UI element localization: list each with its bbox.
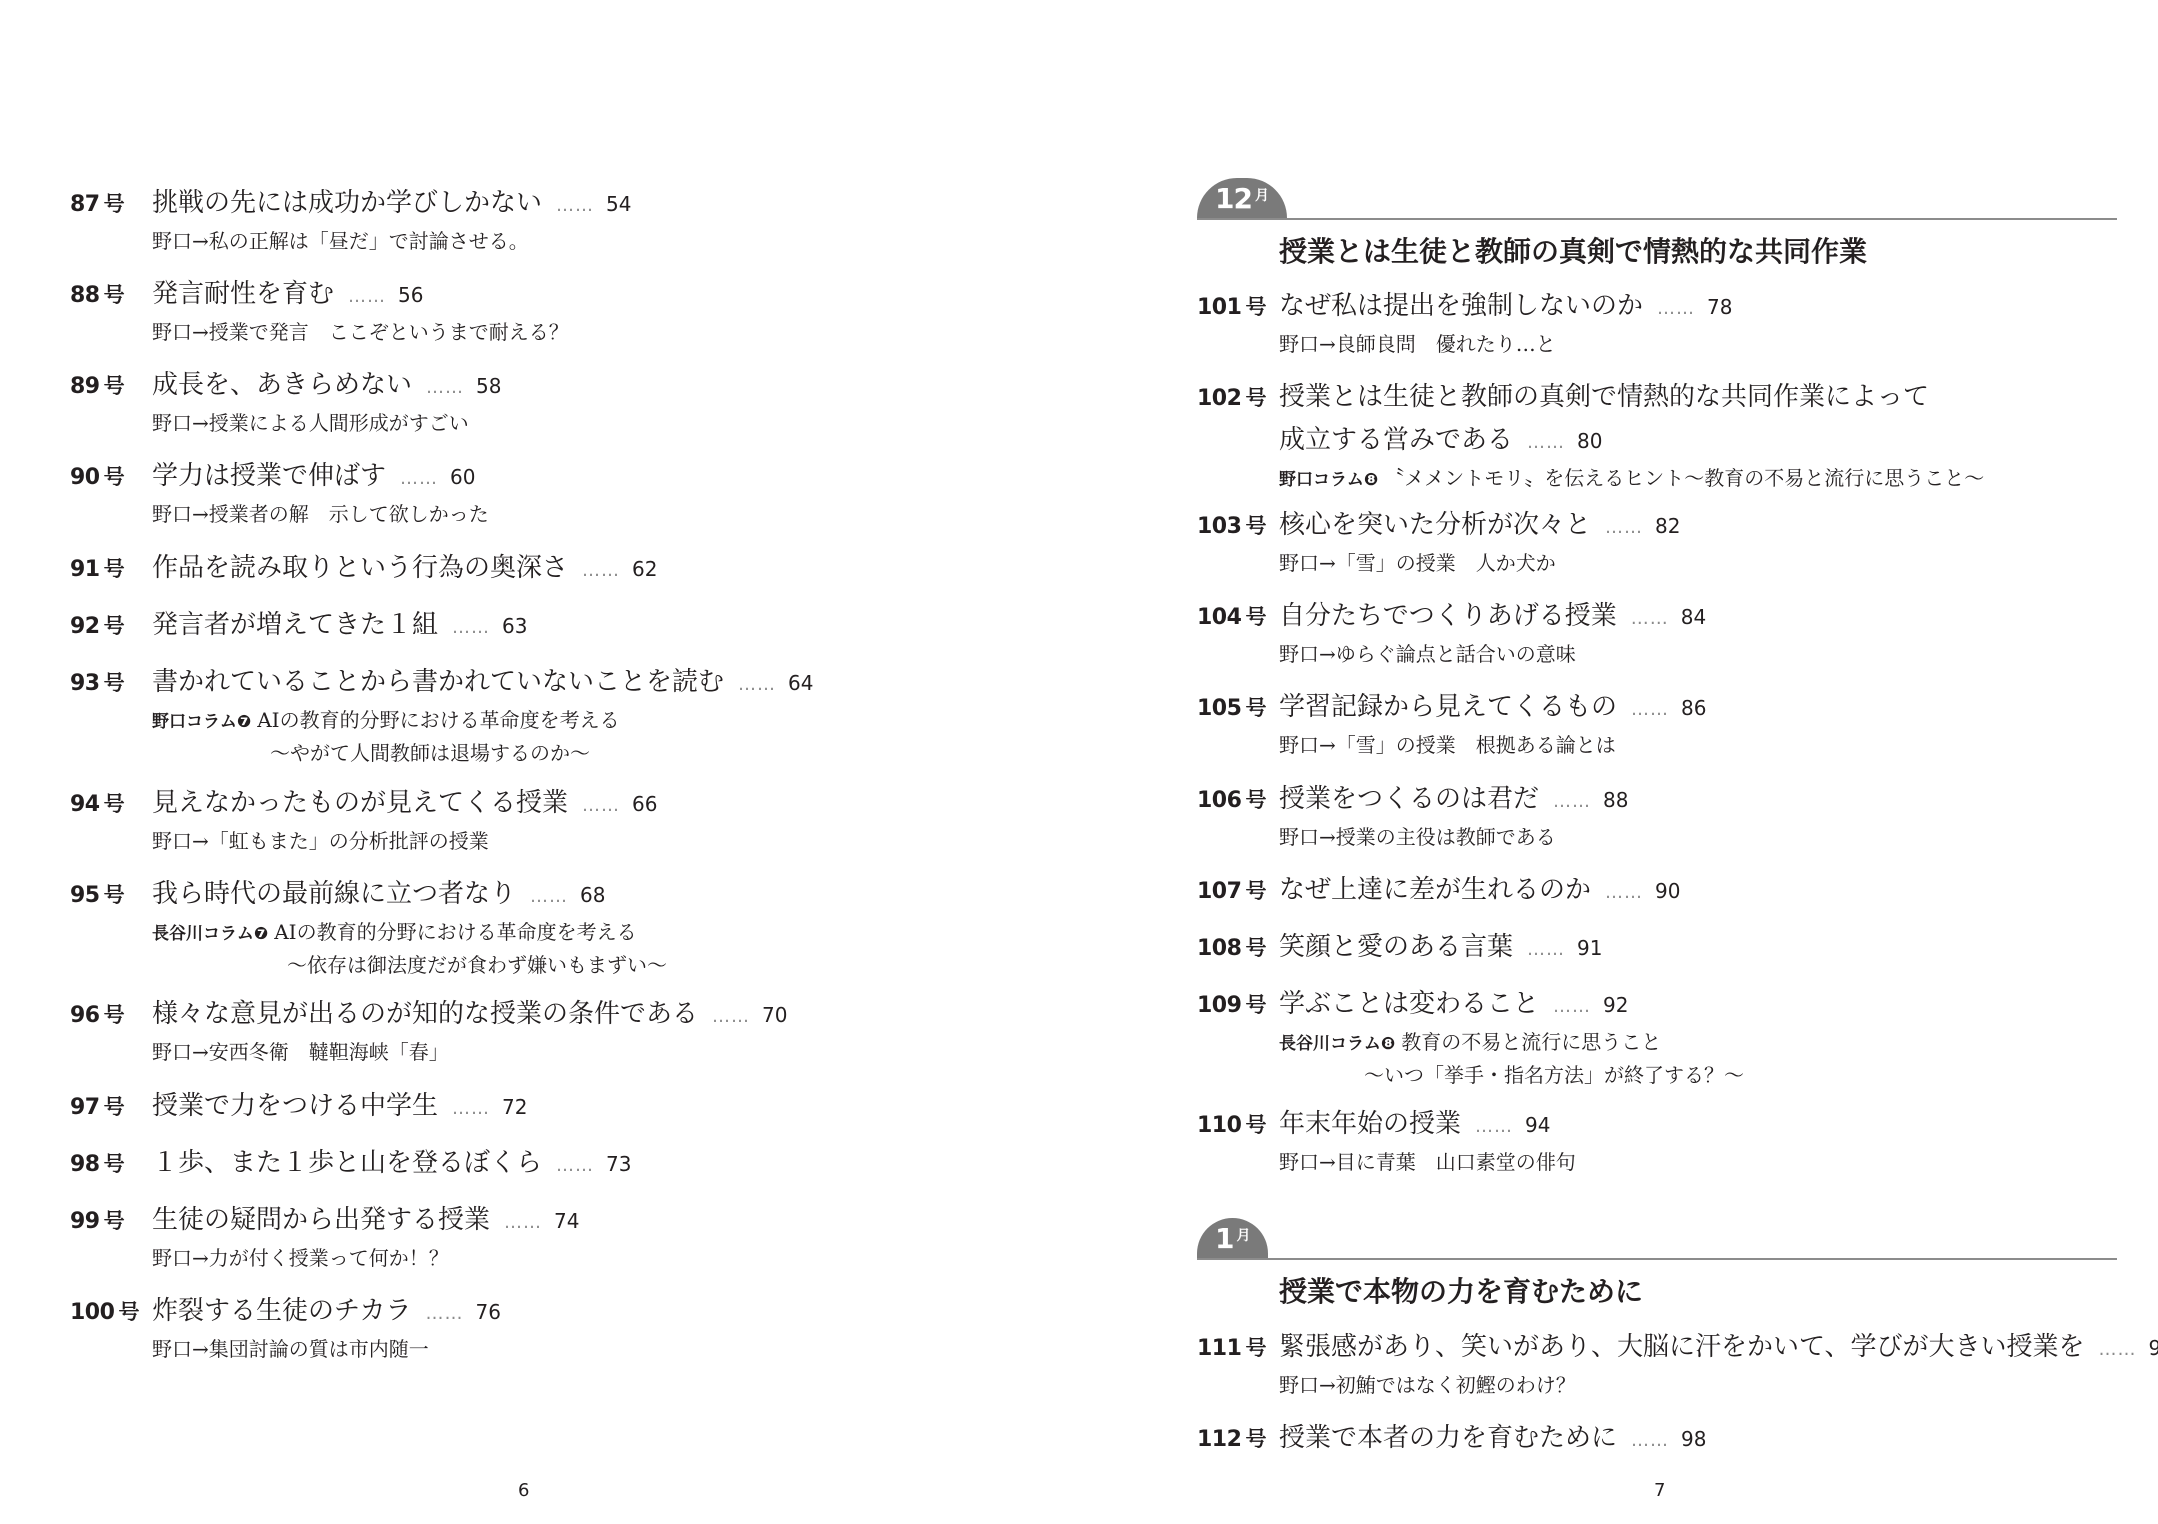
toc-entry-108[interactable]: 108号笑顔と愛のある言葉……91 [1197, 926, 1602, 963]
entry-title: 成長を、あきらめない [152, 364, 412, 401]
leader-dots: …… [426, 377, 464, 398]
issue-number: 98号 [70, 1148, 152, 1178]
toc-entry-88[interactable]: 88号発言耐性を育む……56 野口→授業で発言 ここぞというまで耐える？ [70, 273, 569, 345]
entry-title: 核心を突いた分析が次々と [1279, 504, 1591, 541]
entry-note: 野口→集団討論の質は市内随一 [152, 1333, 501, 1362]
toc-entry-95[interactable]: 95号我ら時代の最前線に立つ者なり……68 長谷川コラム❼AIの教育的分野におけ… [70, 873, 667, 978]
issue-number: 87号 [70, 188, 152, 218]
page-number: 72 [502, 1095, 527, 1119]
leader-dots: …… [582, 560, 620, 581]
month-header-december: 12月 授業とは生徒と教師の真剣で情熱的な共同作業 [1197, 178, 2117, 268]
right-page: 12月 授業とは生徒と教師の真剣で情熱的な共同作業 101号なぜ私は提出を強制し… [1079, 0, 2158, 1524]
page-number: 64 [788, 671, 813, 695]
issue-number: 97号 [70, 1091, 152, 1121]
entry-title: なぜ私は提出を強制しないのか [1279, 285, 1643, 322]
issue-number: 93号 [70, 667, 152, 697]
page-number: 63 [502, 614, 527, 638]
column-label: 長谷川コラム❽ [1279, 1034, 1395, 1054]
entry-title: 授業で本者の力を育むために [1279, 1417, 1617, 1454]
leader-dots: …… [530, 886, 568, 907]
entry-title: 自分たちでつくりあげる授業 [1279, 595, 1617, 632]
page-number: 54 [606, 192, 631, 216]
page-number: 98 [1681, 1427, 1706, 1451]
toc-entry-91[interactable]: 91号作品を読み取りという行為の奥深さ……62 [70, 547, 657, 584]
page-number: 88 [1603, 788, 1628, 812]
leader-dots: …… [1657, 298, 1695, 319]
entry-note: 野口→初鮪ではなく初鰹のわけ？ [1279, 1369, 2158, 1398]
page-number: 70 [762, 1003, 787, 1027]
entry-title: 発言耐性を育む [152, 273, 334, 310]
entry-title: 書かれていることから書かれていないことを読む [152, 661, 724, 698]
column-label: 野口コラム❽ [1279, 470, 1378, 490]
entry-title: 炸裂する生徒のチカラ [152, 1290, 411, 1327]
entry-note: 野口→授業者の解 示して欲しかった [152, 498, 489, 527]
leader-dots: …… [1631, 608, 1669, 629]
issue-number: 110号 [1197, 1109, 1279, 1139]
entry-title: 授業をつくるのは君だ [1279, 778, 1539, 815]
issue-number: 90号 [70, 461, 152, 491]
leader-dots: …… [504, 1212, 542, 1233]
section-divider [1197, 1258, 2117, 1260]
column-note: 長谷川コラム❽教育の不易と流行に思うこと [1279, 1026, 1744, 1055]
toc-entry-90[interactable]: 90号学力は授業で伸ばす……60 野口→授業者の解 示して欲しかった [70, 455, 489, 527]
leader-dots: …… [556, 195, 594, 216]
entry-title: 挑戦の先には成功か学びしかない [152, 182, 542, 219]
toc-entry-101[interactable]: 101号なぜ私は提出を強制しないのか……78 野口→良師良問 優れたり…と [1197, 285, 1732, 357]
month-header-january: 1月 授業で本物の力を育むために [1197, 1218, 2117, 1308]
leader-dots: …… [712, 1006, 750, 1027]
page-number: 82 [1655, 514, 1680, 538]
leader-dots: …… [1527, 432, 1565, 453]
toc-entry-87[interactable]: 87号挑戦の先には成功か学びしかない……54 野口→私の正解は「昼だ」で討論させ… [70, 182, 631, 254]
entry-title: 様々な意見が出るのが知的な授業の条件である [152, 993, 698, 1030]
page-number: 56 [398, 283, 423, 307]
column-note: 野口コラム❼AIの教育的分野における革命度を考える [152, 704, 813, 733]
issue-number: 101号 [1197, 291, 1279, 321]
toc-entry-92[interactable]: 92号発言者が増えてきた１組……63 [70, 604, 527, 641]
folio-left: 6 [518, 1480, 529, 1501]
entry-title: 授業で力をつける中学生 [152, 1085, 438, 1122]
page-number: 66 [632, 792, 657, 816]
page-number: 60 [450, 465, 475, 489]
leader-dots: …… [348, 286, 386, 307]
entry-note: 野口→授業による人間形成がすごい [152, 407, 501, 436]
leader-dots: …… [556, 1155, 594, 1176]
issue-number: 91号 [70, 553, 152, 583]
leader-dots: …… [1631, 1430, 1669, 1451]
page-number: 73 [606, 1152, 631, 1176]
toc-entry-94[interactable]: 94号見えなかったものが見えてくる授業……66 野口→「虹もまた」の分析批評の授… [70, 782, 657, 854]
toc-entry-103[interactable]: 103号核心を突いた分析が次々と……82 野口→「雪」の授業 人か犬か [1197, 504, 1680, 576]
column-note: 長谷川コラム❼AIの教育的分野における革命度を考える [152, 916, 667, 945]
entry-title: なぜ上達に差が生れるのか [1279, 869, 1591, 906]
entry-title: 学ぶことは変わること [1279, 983, 1539, 1020]
entry-note: 野口→力が付く授業って何か！？ [152, 1242, 579, 1271]
page-number: 76 [475, 1300, 500, 1324]
toc-entry-104[interactable]: 104号自分たちでつくりあげる授業……84 野口→ゆらぐ論点と話合いの意味 [1197, 595, 1706, 667]
entry-title: 生徒の疑問から出発する授業 [152, 1199, 490, 1236]
entry-note: 野口→「雪」の授業 根拠ある論とは [1279, 729, 1706, 758]
toc-entry-89[interactable]: 89号成長を、あきらめない……58 野口→授業による人間形成がすごい [70, 364, 501, 436]
toc-entry-110[interactable]: 110号年末年始の授業……94 野口→目に青葉 山口素堂の俳句 [1197, 1103, 1576, 1175]
leader-dots: …… [1553, 996, 1591, 1017]
entry-title: 我ら時代の最前線に立つ者なり [152, 873, 516, 910]
toc-entry-102[interactable]: 102号授業とは生徒と教師の真剣で情熱的な共同作業によって 成立する営みである…… [1197, 376, 1984, 491]
entry-note: 野口→ゆらぐ論点と話合いの意味 [1279, 638, 1706, 667]
issue-number: 112号 [1197, 1423, 1279, 1453]
toc-entry-93[interactable]: 93号書かれていることから書かれていないことを読む……64 野口コラム❼AIの教… [70, 661, 813, 766]
month-badge: 12月 [1197, 178, 1287, 218]
column-note: 野口コラム❽〝メメントモリ〟を伝えるヒント〜教育の不易と流行に思うこと〜 [1279, 462, 1984, 491]
column-subtitle: 〜やがて人間教師は退場するのか〜 [152, 737, 813, 766]
page-number: 78 [1707, 295, 1732, 319]
page-number: 58 [476, 374, 501, 398]
entry-note: 野口→目に青葉 山口素堂の俳句 [1279, 1146, 1576, 1175]
leader-dots: …… [1605, 882, 1643, 903]
entry-note: 野口→授業で発言 ここぞというまで耐える？ [152, 316, 569, 345]
issue-number: 102号 [1197, 382, 1279, 412]
page-number: 80 [1577, 429, 1602, 453]
page-number: 62 [632, 557, 657, 581]
folio-right: 7 [1654, 1480, 1665, 1501]
page-number: 91 [1577, 936, 1602, 960]
leader-dots: …… [738, 674, 776, 695]
page-number: 86 [1681, 696, 1706, 720]
entry-title: 緊張感があり、笑いがあり、大脳に汗をかいて、学びが大きい授業を [1279, 1326, 2084, 1363]
issue-number: 111号 [1197, 1332, 1279, 1362]
entry-note: 野口→私の正解は「昼だ」で討論させる。 [152, 225, 631, 254]
section-theme: 授業で本物の力を育むために [1279, 1270, 1643, 1310]
toc-entry-109[interactable]: 109号学ぶことは変わること……92 長谷川コラム❽教育の不易と流行に思うこと … [1197, 983, 1744, 1088]
page-number: 84 [1681, 605, 1706, 629]
toc-entry-100[interactable]: 100号炸裂する生徒のチカラ……76 野口→集団討論の質は市内随一 [70, 1290, 501, 1362]
toc-entry-111[interactable]: 111号緊張感があり、笑いがあり、大脳に汗をかいて、学びが大きい授業を……96 … [1197, 1326, 2158, 1398]
issue-number: 109号 [1197, 989, 1279, 1019]
entry-title: 授業とは生徒と教師の真剣で情熱的な共同作業によって [1279, 376, 1929, 413]
leader-dots: …… [452, 617, 490, 638]
entry-title: 笑顔と愛のある言葉 [1279, 926, 1513, 963]
entry-title: 作品を読み取りという行為の奥深さ [152, 547, 568, 584]
leader-dots: …… [1605, 517, 1643, 538]
leader-dots: …… [452, 1098, 490, 1119]
left-page: 87号挑戦の先には成功か学びしかない……54 野口→私の正解は「昼だ」で討論させ… [0, 0, 1079, 1524]
issue-number: 107号 [1197, 875, 1279, 905]
entry-title-continued: 成立する営みである [1279, 419, 1513, 456]
entry-title: 見えなかったものが見えてくる授業 [152, 782, 568, 819]
issue-number: 103号 [1197, 510, 1279, 540]
entry-title: 学習記録から見えてくるもの [1279, 686, 1617, 723]
leader-dots: …… [400, 468, 438, 489]
issue-number: 94号 [70, 788, 152, 818]
toc-entry-106[interactable]: 106号授業をつくるのは君だ……88 野口→授業の主役は教師である [1197, 778, 1628, 850]
issue-number: 100号 [70, 1296, 152, 1326]
toc-entry-99[interactable]: 99号生徒の疑問から出発する授業……74 野口→力が付く授業って何か！？ [70, 1199, 579, 1271]
issue-number: 105号 [1197, 692, 1279, 722]
column-label: 野口コラム❼ [152, 712, 251, 732]
leader-dots: …… [582, 795, 620, 816]
entry-note: 野口→安西冬衛 韃靼海峡「春」 [152, 1036, 787, 1065]
issue-number: 96号 [70, 999, 152, 1029]
page-number: 68 [580, 883, 605, 907]
leader-dots: …… [1553, 791, 1591, 812]
issue-number: 99号 [70, 1205, 152, 1235]
section-divider [1197, 218, 2117, 220]
page-number: 94 [1525, 1113, 1550, 1137]
toc-entry-107[interactable]: 107号なぜ上達に差が生れるのか……90 [1197, 869, 1680, 906]
issue-number: 88号 [70, 279, 152, 309]
issue-number: 106号 [1197, 784, 1279, 814]
page-number: 90 [1655, 879, 1680, 903]
entry-note: 野口→「雪」の授業 人か犬か [1279, 547, 1680, 576]
column-subtitle: 〜依存は御法度だが食わず嫌いもまずい〜 [152, 949, 667, 978]
toc-entry-97[interactable]: 97号授業で力をつける中学生……72 [70, 1085, 527, 1122]
section-theme: 授業とは生徒と教師の真剣で情熱的な共同作業 [1279, 230, 1867, 270]
issue-number: 92号 [70, 610, 152, 640]
entry-note: 野口→良師良問 優れたり…と [1279, 328, 1732, 357]
entry-title: 発言者が増えてきた１組 [152, 604, 438, 641]
page-number: 74 [554, 1209, 579, 1233]
column-subtitle: 〜いつ「挙手・指名方法」が終了する？〜 [1279, 1059, 1744, 1088]
issue-number: 89号 [70, 370, 152, 400]
toc-entry-98[interactable]: 98号１歩、また１歩と山を登るぼくら……73 [70, 1142, 631, 1179]
issue-number: 95号 [70, 879, 152, 909]
entry-note: 野口→授業の主役は教師である [1279, 821, 1628, 850]
column-label: 長谷川コラム❼ [152, 924, 268, 944]
leader-dots: …… [1527, 939, 1565, 960]
toc-entry-96[interactable]: 96号様々な意見が出るのが知的な授業の条件である……70 野口→安西冬衛 韃靼海… [70, 993, 787, 1065]
entry-title: １歩、また１歩と山を登るぼくら [152, 1142, 542, 1179]
leader-dots: …… [1631, 699, 1669, 720]
entry-title: 年末年始の授業 [1279, 1103, 1461, 1140]
leader-dots: …… [425, 1303, 463, 1324]
entry-title: 学力は授業で伸ばす [152, 455, 386, 492]
leader-dots: …… [2098, 1339, 2136, 1360]
leader-dots: …… [1475, 1116, 1513, 1137]
page-number: 92 [1603, 993, 1628, 1017]
entry-note: 野口→「虹もまた」の分析批評の授業 [152, 825, 657, 854]
page-number: 96 [2148, 1336, 2158, 1360]
toc-entry-112[interactable]: 112号授業で本者の力を育むために……98 [1197, 1417, 1706, 1454]
issue-number: 108号 [1197, 932, 1279, 962]
toc-entry-105[interactable]: 105号学習記録から見えてくるもの……86 野口→「雪」の授業 根拠ある論とは [1197, 686, 1706, 758]
month-badge: 1月 [1197, 1218, 1268, 1258]
issue-number: 104号 [1197, 601, 1279, 631]
